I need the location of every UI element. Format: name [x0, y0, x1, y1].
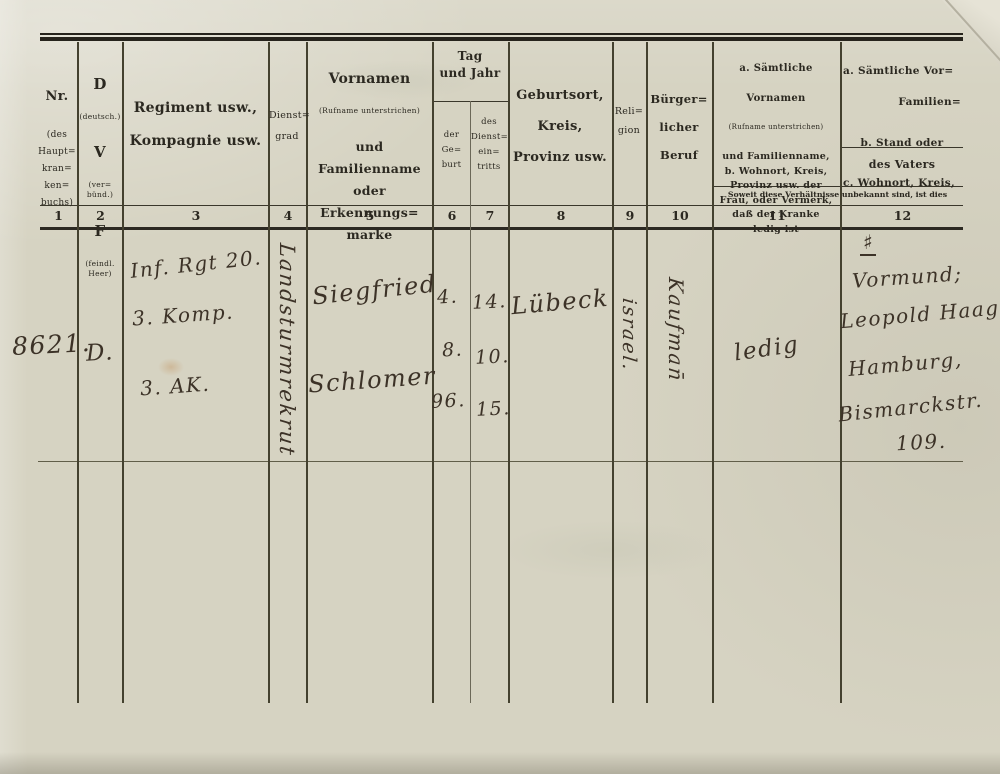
col5-main: Vornamen [308, 71, 431, 87]
hash-mark: ♯ [860, 230, 876, 256]
col-number-11: 11 [714, 208, 840, 223]
col-number-2: 2 [79, 208, 122, 223]
col-divider [840, 42, 842, 703]
col-number-5: 5 [308, 208, 432, 223]
col12-des-vaters: des Vaters [843, 158, 961, 171]
entry-birth-year: 96. [430, 389, 466, 413]
col2-f: F [79, 222, 121, 240]
top-rule-thick [40, 37, 963, 41]
col5-rest: und Familienname oder Erkennungs= marke [308, 136, 431, 246]
col11-line1: a. Sämtliche [714, 63, 838, 74]
entry-father-line4: Bismarckstr. [837, 387, 984, 426]
col2-d-sub: (deutsch.) [79, 112, 121, 121]
col12-c: c. Wohnort, Kreis, [843, 177, 961, 189]
col12-a2: Familien= [843, 96, 961, 108]
entry-rank: Landsturmrekrut [275, 234, 299, 467]
top-rule-thin [40, 33, 963, 35]
col11-header: a. Sämtliche Vornamen (Rufname unterstri… [714, 44, 838, 256]
entry-service-month: 10. [474, 345, 510, 369]
entry-first-name: Siegfried [311, 270, 438, 311]
entry-profession: Kaufman̄ [664, 254, 688, 407]
entry-service-year: 15. [475, 397, 511, 421]
col7-header: des Dienst= ein= tritts [471, 115, 507, 175]
col-number-12: 12 [842, 208, 963, 223]
col-number-1: 1 [40, 208, 77, 223]
col2-f-sub: (feindl. Heer) [79, 259, 121, 279]
col1-title: Nr. [36, 89, 78, 104]
entry-regiment-line3: 3. AK. [139, 372, 211, 401]
col6-header: der Ge= burt [433, 128, 470, 173]
col12-a1: a. Sämtliche Vor= [843, 65, 961, 77]
col-number-6: 6 [434, 208, 470, 223]
col2-d: D [79, 75, 121, 93]
col-number-8: 8 [510, 208, 612, 223]
col9-header: Reli= gion [613, 102, 645, 140]
entry-father-line1: Vormund; [851, 261, 963, 293]
col4-header: Dienst= grad [269, 105, 305, 147]
col12-header: a. Sämtliche Vor= Familien= b. Stand ode… [843, 46, 961, 208]
entry-regiment-line1: Inf. Rgt 20. [129, 245, 263, 283]
col10-header: Bürger= licher Beruf [648, 85, 710, 169]
entry-regiment-line2: 3. Komp. [131, 299, 234, 330]
col3-header: Regiment usw., Kompagnie usw. [124, 92, 267, 158]
col5-sub: (Rufname unterstrichen) [308, 106, 431, 115]
col2-header: D (deutsch.) V (ver= bünd.) F (feindl. H… [79, 56, 121, 298]
entry-father-line3: Hamburg, [847, 347, 963, 381]
col2-v-sub: (ver= bünd.) [79, 180, 121, 200]
entry-religion: israel. [618, 269, 640, 401]
entry-father-line5: 109. [895, 429, 947, 456]
col1-sub: (des Haupt= kran= ken= buchs) [36, 127, 78, 212]
tag-jahr-divider [432, 101, 510, 102]
entry-birth-month: 8. [441, 338, 463, 361]
col-number-4: 4 [270, 208, 306, 223]
col-number-7: 7 [472, 208, 508, 223]
entry-row-bottom-rule [38, 461, 963, 462]
col11-sub: (Rufname unterstrichen) [714, 123, 838, 131]
col5-header: Vornamen (Rufname unterstrichen) und Fam… [308, 52, 431, 265]
col-number-10: 10 [648, 208, 712, 223]
col2-v: V [79, 143, 121, 161]
entry-family-name: Schlomer [307, 362, 437, 399]
entry-father-line2: Leopold Haag, [839, 295, 1000, 334]
bleed-through-smudge [500, 520, 720, 580]
entry-nationality: D. [85, 339, 114, 366]
entry-book-number: 8621. [11, 328, 91, 361]
col6-7-group-header: Tag und Jahr [433, 48, 507, 82]
col-number-9: 9 [614, 208, 646, 223]
col1-header: Nr. (des Haupt= kran= ken= buchs) [36, 70, 78, 231]
col8-header: Geburtsort, Kreis, Provinz usw. [510, 80, 610, 173]
scanned-register-page: Nr. (des Haupt= kran= ken= buchs) D (deu… [0, 0, 1000, 774]
footnote: Soweit diese Verhältnisse unbekannt sind… [714, 190, 961, 199]
entry-service-day: 14. [471, 290, 507, 314]
col-number-3: 3 [124, 208, 268, 223]
col-divider [612, 42, 614, 703]
entry-birthplace: Lübeck [510, 284, 610, 320]
entry-birth-day: 4. [436, 285, 458, 308]
col12-b: b. Stand oder [843, 137, 961, 149]
col-divider [470, 101, 471, 703]
col11-line2: Vornamen [714, 93, 838, 104]
entry-marital-status: ledig [733, 332, 801, 367]
